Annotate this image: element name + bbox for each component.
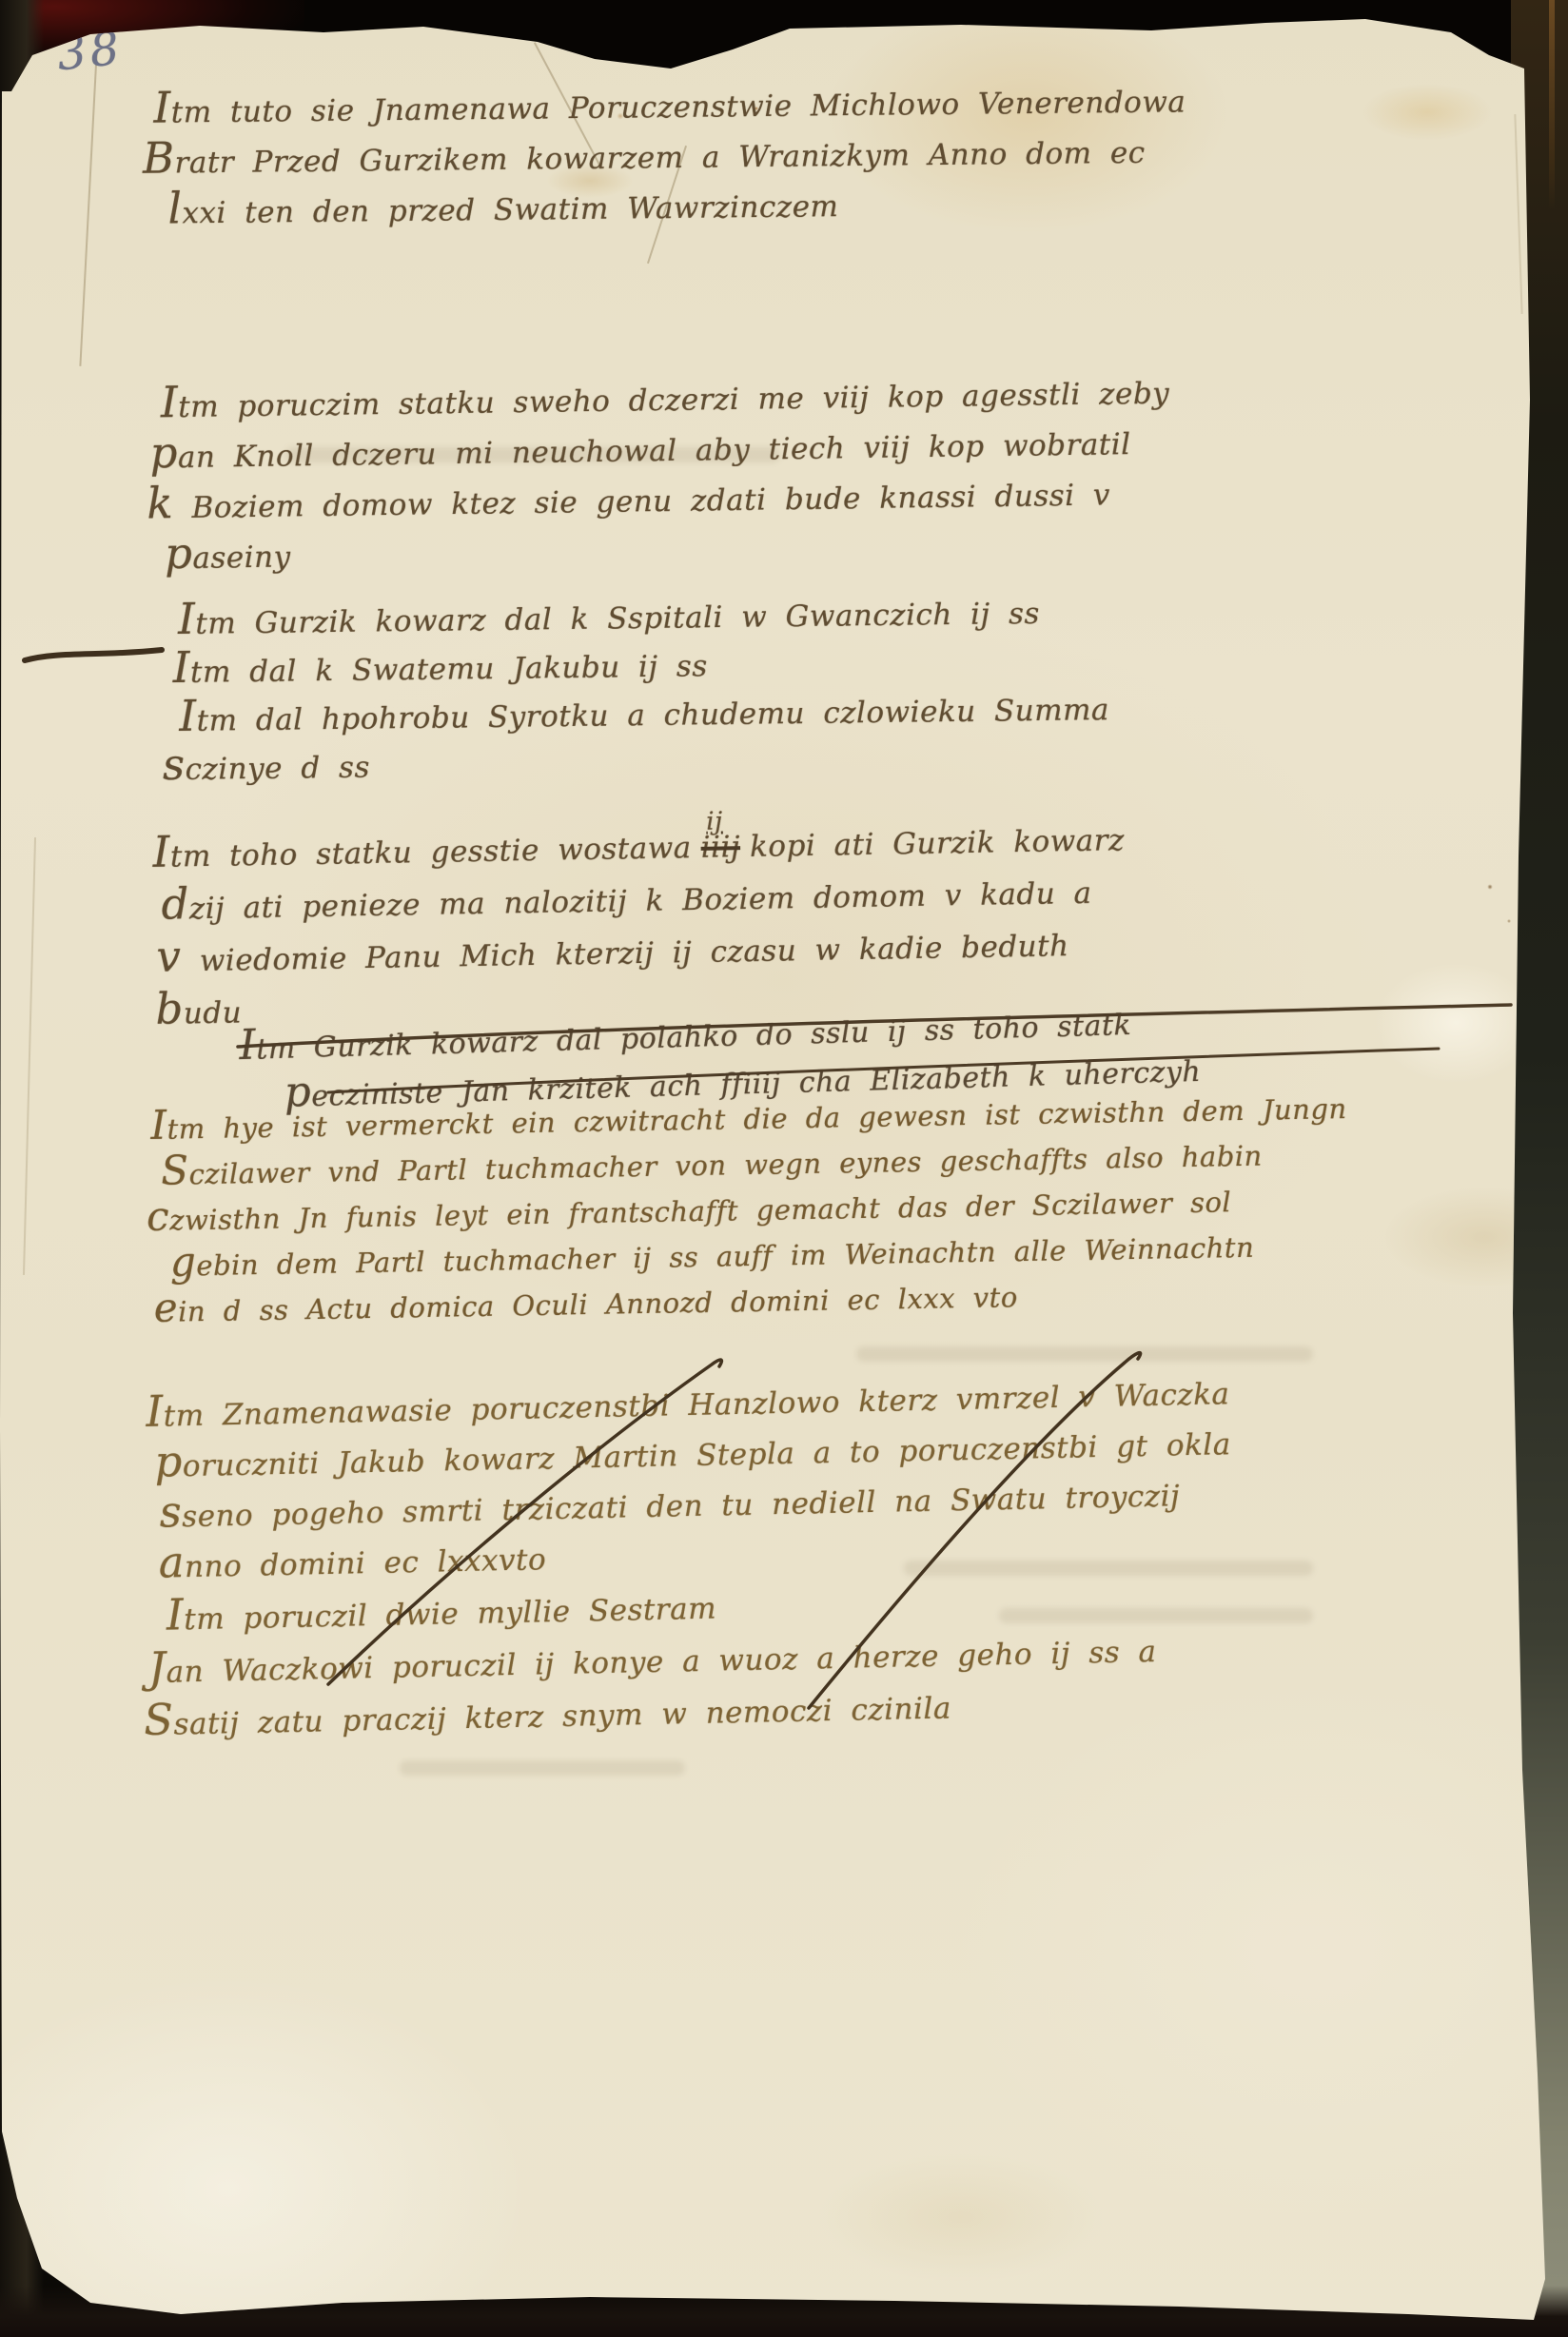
manuscript-line: sczinye d ss [163, 732, 1110, 792]
entry-record-2: Itm poruczim statku sweho dczerzi me vii… [149, 366, 1172, 582]
paper-crease [79, 52, 97, 366]
paper-crease [23, 837, 36, 1275]
entry-record-slashed-2: Itm poruczil dwie myllie Sestram Jan Wac… [141, 1571, 1158, 1749]
entry-record-1: Itm tuto sie Jnamenawa Poruczenstwie Mic… [153, 74, 1186, 236]
line-text: Itm toho statku gesstie wostawa [152, 831, 692, 874]
paper-crease [1514, 114, 1522, 314]
manuscript-line: lxxi ten den przed Swatim Wawrzinczem [167, 175, 1186, 236]
line-text: kopi ati Gurzik kowarz [750, 823, 1125, 864]
entry-record-german: Itm hye ist vermerckt ein czwitracht die… [150, 1084, 1350, 1333]
manuscript-page: 38 Itm tuto sie Jnamenawa Poruczenstwie … [0, 0, 1568, 2337]
superscript-correction: ij [706, 797, 723, 845]
bleed-through-text [400, 1760, 685, 1776]
manuscript-photograph: 38 Itm tuto sie Jnamenawa Poruczenstwie … [0, 0, 1568, 2337]
entry-record-3: Itm Gurzik kowarz dal k Sspitali w Gwanc… [178, 586, 1110, 792]
struck-out-word: iiijij [700, 830, 740, 865]
bleed-through-text [856, 1346, 1313, 1362]
entry-record-slashed-1: Itm Znamenawasie poruczenstbi Hanzlowo k… [146, 1366, 1234, 1591]
spine-highlight [1549, 0, 1555, 209]
